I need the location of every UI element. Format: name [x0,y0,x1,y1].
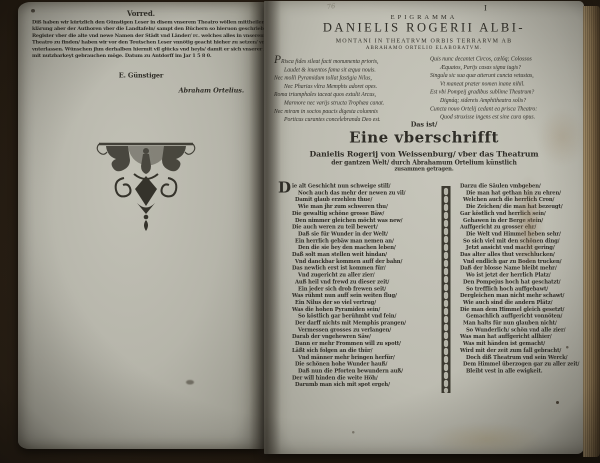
verse-line: Welchen auch die herrlich Cron/ [460,197,600,204]
foxing-stain [429,423,544,455]
verse-line: Vt maneat præter nomen inane nihil. [430,80,580,88]
verse-line: Das alter alles thut verschlucken/ [460,252,600,259]
verse-line: Die auch weren zu teil bewert/ [292,224,442,231]
verse-line: Die Welt vnd Himmel heben sehr/ [460,231,600,238]
verse-line: Dann er mehr Frommen will zu spott/ [292,341,442,348]
verse-line: Æquatos, Parijs casas signa iugis? [430,63,580,71]
grotesque-woodcut-tailpiece-ornament [94,136,198,234]
verse-line: Läßt sich folgen an die thür/ [292,347,442,354]
verse-line: Cuncta nouo Ortelij cedant ea prisca The… [430,105,580,113]
verse-line: Was man hat auffgericht allhier/ [460,334,600,341]
verse-line: Vnd männer mehr bringen herfür/ [292,354,442,361]
ink-spot [352,431,355,434]
verse-line: Vermessen grosses zu verlangen/ [292,327,442,334]
vorred-paragraph: Diß haben wir kürtzlich den Günstigen Le… [32,19,258,59]
paragraph-line: Register vber die alte vnd newe Namen de… [32,32,258,39]
verse-line: So sich viel mit den schönen ding/ [460,238,600,245]
ink-spot [556,401,559,404]
das-ist-lead: Das ist/ [264,121,584,129]
verse-line: Nec Pharias vltra Memphis adoret opes. [274,82,429,90]
verse-line: Dem Himmel überzogen gar zu aller zeit/ [460,361,600,368]
verse-line: Daß der blosse Name bleibt mehr/ [460,265,600,272]
verse-line: Vnd zugericht zu aller zier/ [292,272,442,279]
verse-line: Vnd danckbar kommen auff der bahn/ [292,258,442,265]
verse-line: Noch auch das mehr der newen zu vil/ [292,190,442,197]
verse-line: Die gewaltig schöne grosse Bäw/ [292,210,442,217]
verse-line: Daß sie für Wunder in der Welt/ [292,231,442,238]
verse-line: Marmore nec varijs structa Trophæa canat… [274,99,429,107]
verse-line: Ein Nilus der so viel vertrug/ [292,299,442,306]
verse-line: Dignáq; sidereis Amphitheatra solis? [430,96,580,104]
german-verse-right-column: Darzu die Säulen vmbgeben/Die man hat ge… [460,183,600,375]
paragraph-line: vnterlassen. Wünschen jhm derhalben hier… [32,46,258,53]
verse-line: Doch diß Theatrum vnd sein Werck/ [460,354,600,361]
verse-line: Die man dem Himmel gleich gesetzt/ [460,306,600,313]
verse-line: Quis nunc decantet Circos, cælóq; Coloss… [430,55,580,63]
paragraph-line: Theatro zu finden/ haben wir vor den Teu… [32,39,258,46]
verse-line: Die Zeichen/ die man hat bezeugt/ [460,204,600,211]
verse-line: PRisca fides sileat facti monumenta prio… [274,55,429,66]
verse-line: Dergleichen man nicht mehr schawt/ [460,293,600,300]
verse-line: Die man hat gethan hin zu ehren/ [460,190,600,197]
verse-line: Wird mit der zeit zum fall gebracht/ [460,347,600,354]
verse-line: Darzu die Säulen vmbgeben/ [460,183,600,190]
epigram-title-line2: DANIELIS ROGERII ALBI- [264,21,584,35]
latin-verse-right-column: Quis nunc decantet Circos, cælóq; Coloss… [430,55,580,121]
verse-line: Das newlich erst ist kommen für/ [292,265,442,272]
verse-line: Daß solt man stellen weit hindan/ [292,252,442,259]
verse-line: Damit glaub erzehlen thue/ [292,197,442,204]
book-photo: Vorred. Diß haben wir kürtzlich den Güns… [0,0,600,463]
closing-line: E. Günstiger [18,72,264,80]
verse-line: Nec miram in socios paucis digesta colum… [274,107,429,115]
verse-line: Ein jeder sich drob frewen seit/ [292,286,442,293]
verse-line: Den Pompejus hoch hat geschatzt/ [460,279,600,286]
verse-line: Gehawen in der Berge stein/ [460,217,600,224]
german-heading-sub2: der gantzen Welt/ durch Abrahamum Orteli… [264,159,584,166]
verse-line: So köstlich gar berühmbt vnd fein/ [292,313,442,320]
verse-line: Jetzt ansicht vnd macht gering/ [460,245,600,252]
verse-line: So Wunderlich/ schön vnd alle zier/ [460,327,600,334]
verse-line: Laudet & inuentos fama sit æqua nouis. [274,66,429,74]
verse-line: Gar köstlich vnd herrlich sein/ [460,210,600,217]
german-heading-sub1: Danielis Rogerij von Weissenburg/ vber d… [264,149,584,159]
left-page: Vorred. Diß haben wir kürtzlich den Güns… [18,2,264,449]
verse-line: Daß nun die Pforten bewundern auß/ [292,368,442,375]
verse-line: Roma triumphales taceat quos extulit Arc… [274,91,429,99]
paragraph-line: Diß haben wir kürtzlich den Günstigen Le… [32,19,258,26]
verse-line: Der darff nichts mit Memphis prangen/ [292,320,442,327]
paragraph-line: mit nutzbarkeyt gebrauchen möge. Datum z… [32,53,258,60]
verse-line: Est vbi Pompeij gradibus sublime Theatru… [430,88,580,96]
german-heading-sub3: zusammen getragen. [264,166,584,172]
epigram-title-line4: ABRAHAMO ORTELIO ELABORATVM. [264,45,584,51]
verse-line: Die schönen hohe Wunder hauß/ [292,361,442,368]
right-page: 76 I EPIGRAMMA DANIELIS ROGERII ALBI- MO… [264,1,584,454]
verse-line: Darumb man sich mit spot ergeh/ [292,382,442,389]
verse-line: Wie auch sind die andern Plätz/ [460,299,600,306]
stacked-page-edges [583,6,600,457]
verse-line: Singula sic sua quæ atterunt cuncta vetu… [430,72,580,80]
verse-line: Bleibt vest in alle ewigkeit. [460,368,600,375]
verse-line: Ein herrlich gebäw man nemen an/ [292,238,442,245]
drop-cap-initial: D [278,181,291,195]
verse-line: Vnd endlich gar zu Boden trucken/ [460,258,600,265]
page-block-fore-edge [583,6,600,457]
verse-line: So trefflich hoch auffgebawt/ [460,286,600,293]
verse-line: Man halts für nun glauben nicht/ [460,320,600,327]
verse-line: Darab der vngehewren Säw/ [292,334,442,341]
author-signature: Abraham Ortelius. [179,87,244,95]
verse-line: Wo ist jetzt der herrlich Platz/ [460,272,600,279]
verse-line: Auffgericht zu grosser ehr/ [460,224,600,231]
rosette-chain-border-divider [440,186,452,393]
handwritten-mark: 76 [327,2,336,11]
verse-line: ie alt Geschicht nun schweige still/ [292,183,442,190]
verse-line: Was mit händen ist gemacht/ [460,341,600,348]
ink-spot [566,346,569,349]
epigram-title-line3: MONTANI IN THEATRVM ORBIS TERRARVM AB [264,37,584,45]
verse-line: Gemachlich auffgericht vonnöten/ [460,313,600,320]
verse-line: Auß heil vnd frewd zu dieser zeit/ [292,279,442,286]
folio-number: I [484,3,487,13]
epigram-title-line1: EPIGRAMMA [264,13,584,21]
german-heading-main: Eine vberschrifft [264,129,584,147]
verse-line: Den die sie bey den machen leben/ [292,245,442,252]
photo-background: Vorred. Diß haben wir kürtzlich den Güns… [0,0,600,463]
ink-smudge [186,380,194,385]
verse-line: Was die hohen Pyramiden sein/ [292,306,442,313]
verse-line: Der will hinden die weite Höh/ [292,375,442,382]
verse-line: Was rühmt nun auff sein weiten flug/ [292,293,442,300]
paragraph-line: klärung aber der Authoren vber die Landt… [32,26,258,33]
verse-line: Den nimmer gleichen möcht was new/ [292,217,442,224]
latin-verse-left-column: PRisca fides sileat facti monumenta prio… [274,55,429,124]
verse-line: Wie man jhr zum schweren thu/ [292,204,442,211]
vorred-heading: Vorred. [18,10,264,18]
verse-line: Nec molli Pyramidum tollat fastigia Nilu… [274,74,429,82]
german-verse-left-column: ie alt Geschicht nun schweige still/Noch… [292,183,442,389]
